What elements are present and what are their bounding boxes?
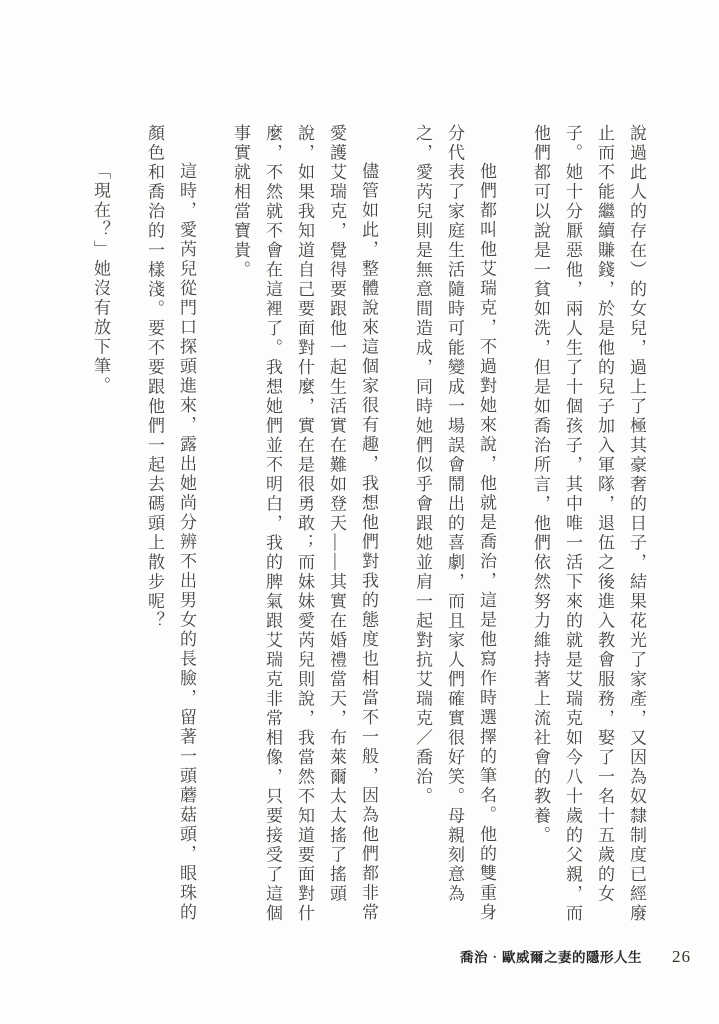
body-text: 說過此人的存在）的女兒，過上了極其豪奢的日子，結果花光了家產，又因為奴隸制度已經… [84, 124, 652, 932]
paragraph-4: 這時，愛芮兒從門口探頭進來，露出她尚分辨不出男女的長臉，留著一頭蘑菇頭，眼珠的顏… [138, 124, 202, 932]
page-number: 26 [672, 947, 691, 967]
book-page: 說過此人的存在）的女兒，過上了極其豪奢的日子，結果花光了家產，又因為奴隸制度已經… [0, 0, 719, 1024]
paragraph-2: 他們都叫他艾瑞克，不過對她來說，他就是喬治，這是他寫作時選擇的筆名。他的雙重身分… [406, 124, 502, 932]
running-title: 喬治‧歐威爾之妻的隱形人生 [460, 946, 642, 966]
page-footer: 喬治‧歐威爾之妻的隱形人生 26 [460, 946, 691, 967]
paragraph-1: 說過此人的存在）的女兒，過上了極其豪奢的日子，結果花光了家產，又因為奴隸制度已經… [524, 124, 652, 932]
paragraph-3: 儘管如此，整體說來這個家很有趣，我想他們對我的態度也相當不一般，因為他們都非常愛… [224, 124, 384, 932]
paragraph-5: 「現在？」她沒有放下筆。 [84, 124, 116, 932]
